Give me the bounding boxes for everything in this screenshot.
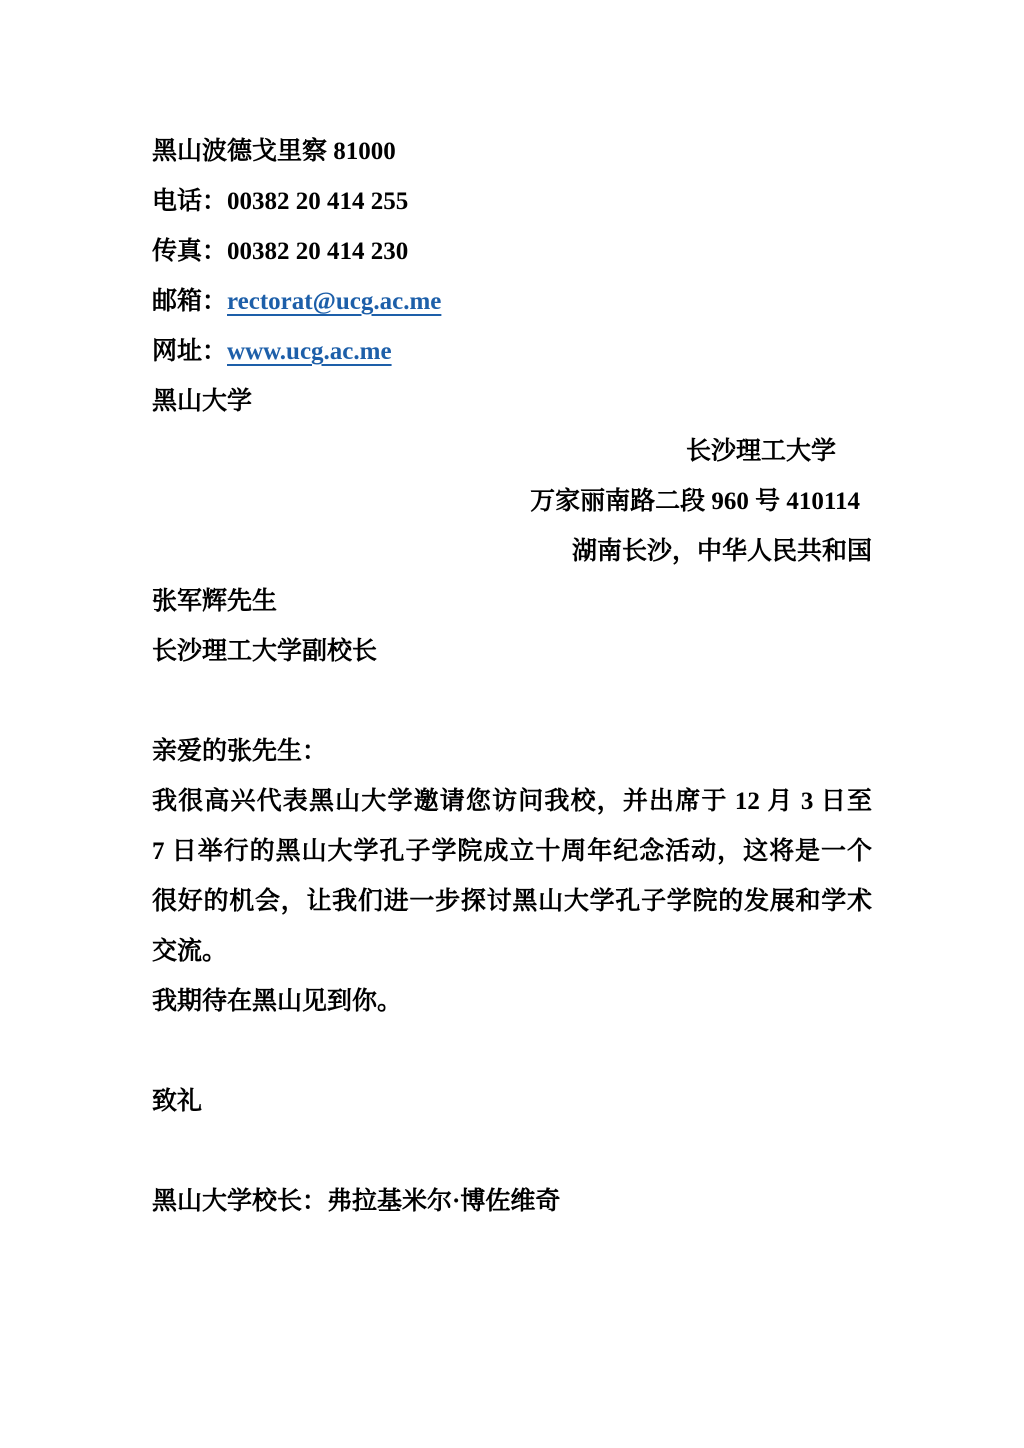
letterhead-fax-line: 传真：00382 20 414 230 <box>152 227 872 277</box>
website-link[interactable]: www.ucg.ac.me <box>227 338 392 365</box>
recipient-street-address: 万家丽南路二段 960 号 410114 <box>152 477 872 527</box>
body-paragraph-line-1: 我很高兴代表黑山大学邀请您访问我校，并出席于 12 月 3 日至 <box>152 777 872 827</box>
letterhead-phone-line: 电话：00382 20 414 255 <box>152 177 872 227</box>
body-paragraph-line-2: 7 日举行的黑山大学孔子学院成立十周年纪念活动，这将是一个 <box>152 827 872 877</box>
recipient-name: 张军辉先生 <box>152 577 872 627</box>
salutation: 亲爱的张先生： <box>152 727 872 777</box>
signoff-salute: 致礼 <box>152 1077 872 1127</box>
letterhead-email-line: 邮箱：rectorat@ucg.ac.me <box>152 277 872 327</box>
blank-line <box>152 1127 872 1177</box>
website-label: 网址： <box>152 338 227 365</box>
blank-line <box>152 1027 872 1077</box>
letter-page: 黑山波德戈里察 81000 电话：00382 20 414 255 传真：003… <box>0 0 1024 1448</box>
recipient-title: 长沙理工大学副校长 <box>152 627 872 677</box>
recipient-university: 长沙理工大学 <box>152 427 872 477</box>
letterhead-website-line: 网址：www.ucg.ac.me <box>152 327 872 377</box>
blank-line <box>152 677 872 727</box>
letterhead-address-line: 黑山波德戈里察 81000 <box>152 127 872 177</box>
recipient-city-country: 湖南长沙，中华人民共和国 <box>152 527 872 577</box>
signature-line: 黑山大学校长：弗拉基米尔·博佐维奇 <box>152 1177 872 1227</box>
body-paragraph-line-4: 交流。 <box>152 927 872 977</box>
sender-university: 黑山大学 <box>152 377 872 427</box>
closing-line: 我期待在黑山见到你。 <box>152 977 872 1027</box>
body-paragraph-line-3: 很好的机会，让我们进一步探讨黑山大学孔子学院的发展和学术 <box>152 877 872 927</box>
email-label: 邮箱： <box>152 288 227 315</box>
email-link[interactable]: rectorat@ucg.ac.me <box>227 288 441 315</box>
